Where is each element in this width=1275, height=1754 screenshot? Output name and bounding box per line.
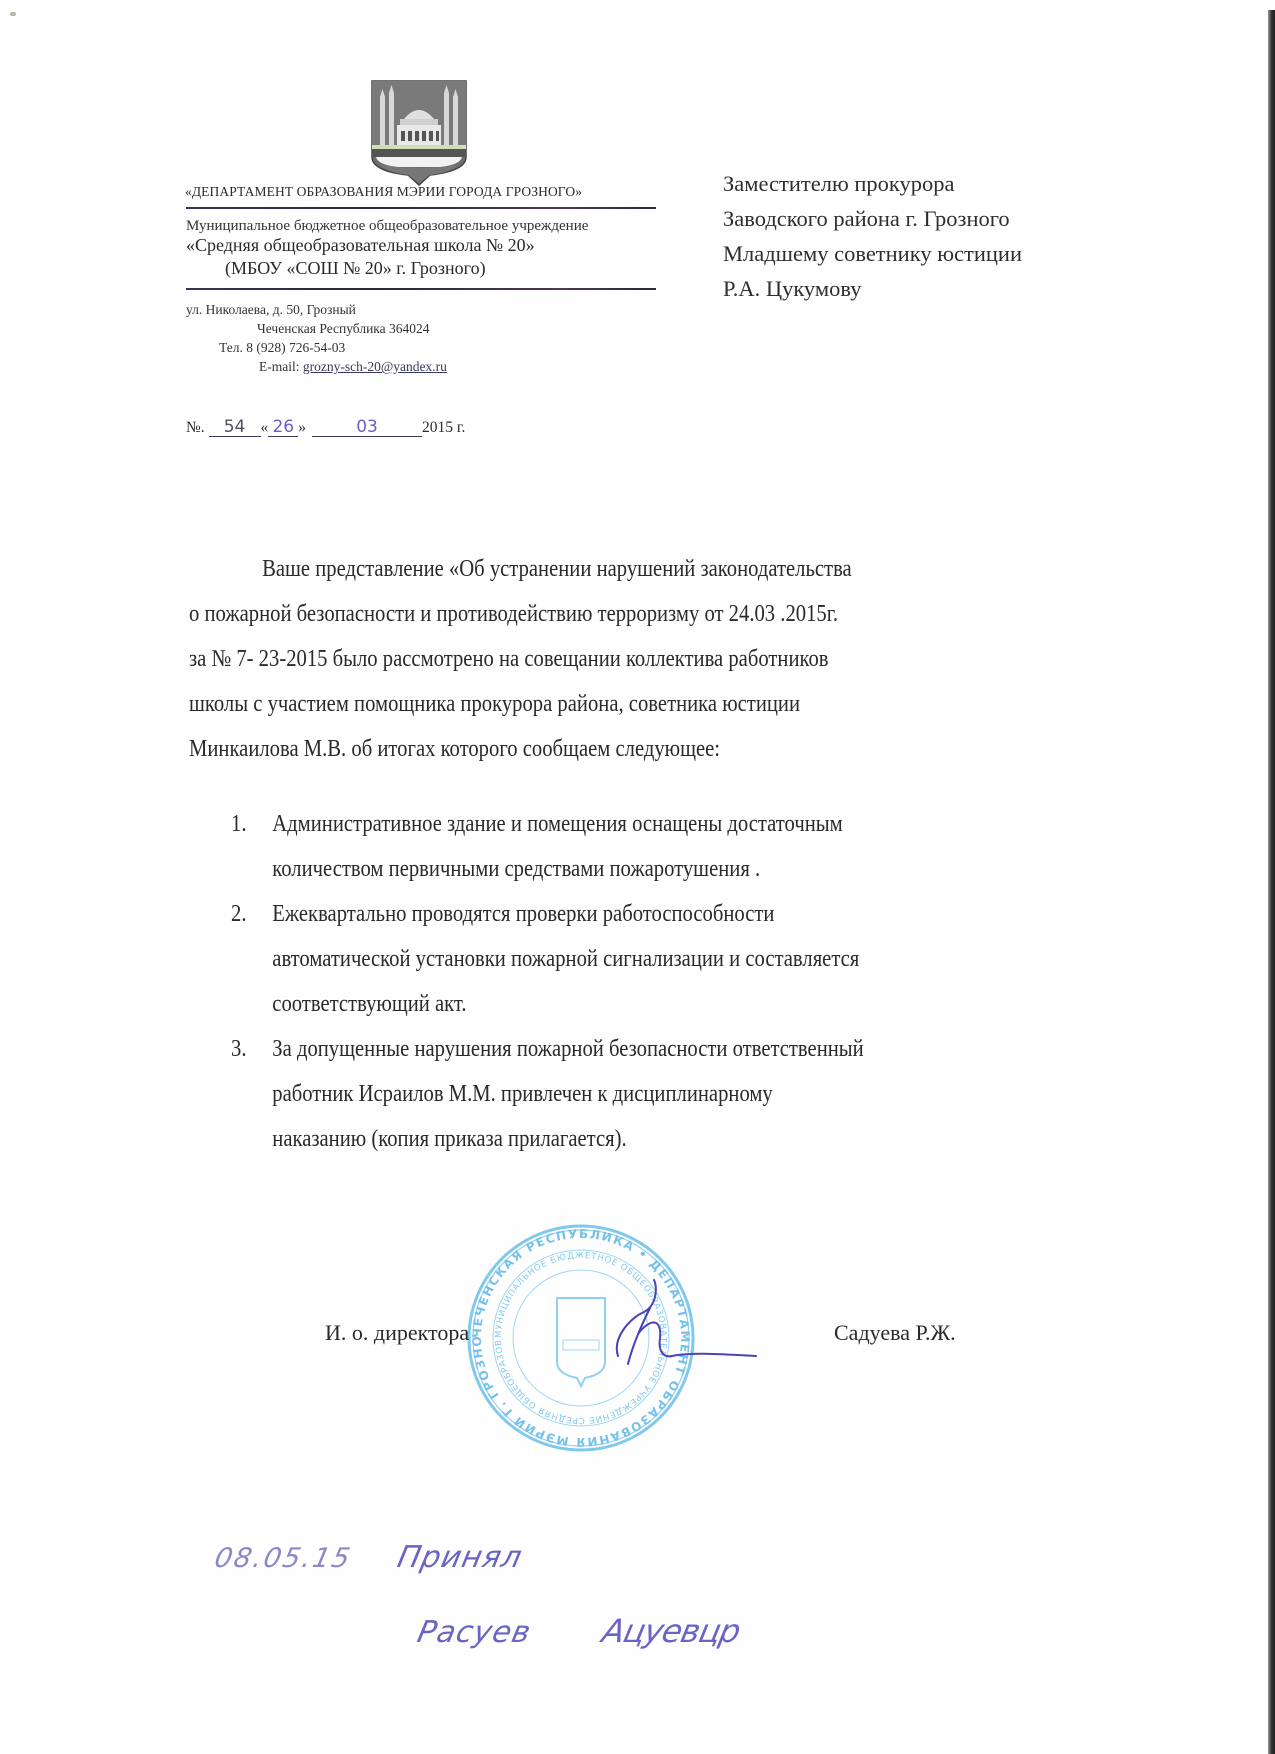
scanned-letter-page: «ДЕПАРТАМЕНТ ОБРАЗОВАНИЯ МЭРИИ ГОРОДА ГР… xyxy=(0,0,1275,1754)
email-link[interactable]: grozny-sch-20@yandex.ru xyxy=(303,359,447,374)
scanner-edge-border xyxy=(1268,10,1275,1754)
phone-number: Тел. 8 (928) 726-54-03 xyxy=(219,340,345,356)
body-line: за № 7- 23-2015 было рассмотрено на сове… xyxy=(189,637,1135,682)
organization-name: «Средняя общеобразовательная школа № 20» xyxy=(186,235,535,256)
header-divider xyxy=(186,288,656,290)
list-item-line: За допущенные нарушения пожарной безопас… xyxy=(272,1027,1177,1072)
open-quote: « xyxy=(261,419,269,436)
list-item-line: соответствующий акт. xyxy=(272,982,1177,1027)
list-item-line: автоматической установки пожарной сигнал… xyxy=(272,937,1177,982)
registration-month: 03 xyxy=(312,418,422,437)
registration-number: 54 xyxy=(209,418,261,437)
close-quote: » xyxy=(298,419,306,436)
email-line: E-mail: grozny-sch-20@yandex.ru xyxy=(259,359,447,375)
handwritten-signature-icon xyxy=(610,1278,760,1368)
registration-line: №. 54«26»032015 г. xyxy=(186,418,465,437)
list-item: 2. Ежеквартально проводятся проверки раб… xyxy=(231,892,1177,1027)
registration-year: 2015 г. xyxy=(422,419,465,436)
list-item: 3. За допущенные нарушения пожарной безо… xyxy=(231,1027,1177,1162)
department-title: «ДЕПАРТАМЕНТ ОБРАЗОВАНИЯ МЭРИИ ГОРОДА ГР… xyxy=(185,184,582,200)
organization-type: Муниципальное бюджетное общеобразователь… xyxy=(186,218,588,235)
grozny-coat-of-arms-icon xyxy=(370,79,468,186)
addressee-line: Заместителю прокурора xyxy=(723,166,1022,201)
body-line: Минкаилова М.В. об итогах которого сообщ… xyxy=(189,727,1135,772)
body-line: о пожарной безопасности и противодействи… xyxy=(189,592,1135,637)
body-line: Ваше представление «Об устранении наруше… xyxy=(189,547,1135,592)
organization-abbreviation: (МБОУ «СОШ № 20» г. Грозного) xyxy=(225,258,486,279)
handwritten-receiver-name: Расуев xyxy=(414,1615,534,1650)
body-line: школы с участием помощника прокурора рай… xyxy=(189,682,1135,727)
email-label: E-mail: xyxy=(259,359,303,374)
signer-role: И. о. директора xyxy=(325,1320,469,1346)
list-item-number: 2. xyxy=(231,892,246,937)
list-item-line: Ежеквартально проводятся проверки работо… xyxy=(272,892,1177,937)
address-region: Чеченская Республика 364024 xyxy=(257,321,430,337)
addressee-block: Заместителю прокурора Заводского района … xyxy=(723,166,1022,306)
handwritten-accepted: Принял xyxy=(394,1540,525,1575)
number-label: №. xyxy=(186,419,205,436)
addressee-line: Р.А. Цукумову xyxy=(723,271,1022,306)
list-item-line: работник Исраилов М.М. привлечен к дисци… xyxy=(272,1072,1177,1117)
list-item-line: Административное здание и помещения осна… xyxy=(272,802,1177,847)
list-item-line: наказанию (копия приказа прилагается). xyxy=(272,1117,1177,1162)
signer-name: Садуева Р.Ж. xyxy=(834,1320,956,1346)
handwritten-date: 08.05.15 xyxy=(212,1543,355,1574)
addressee-line: Младшему советнику юстиции xyxy=(723,236,1022,271)
handwritten-receiver-signature: Ацуевцр xyxy=(599,1612,743,1650)
findings-list: 1. Административное здание и помещения о… xyxy=(231,802,1177,1162)
list-item-line: количеством первичными средствами пожаро… xyxy=(272,847,1177,892)
registration-day: 26 xyxy=(268,418,298,437)
address-street: ул. Николаева, д. 50, Грозный xyxy=(186,302,356,318)
addressee-line: Заводского района г. Грозного xyxy=(723,201,1022,236)
list-item-number: 3. xyxy=(231,1027,246,1072)
letter-body: Ваше представление «Об устранении наруше… xyxy=(189,547,1135,772)
header-divider xyxy=(186,207,656,209)
list-item: 1. Административное здание и помещения о… xyxy=(231,802,1177,892)
scan-artifact xyxy=(10,12,16,16)
list-item-number: 1. xyxy=(231,802,246,847)
